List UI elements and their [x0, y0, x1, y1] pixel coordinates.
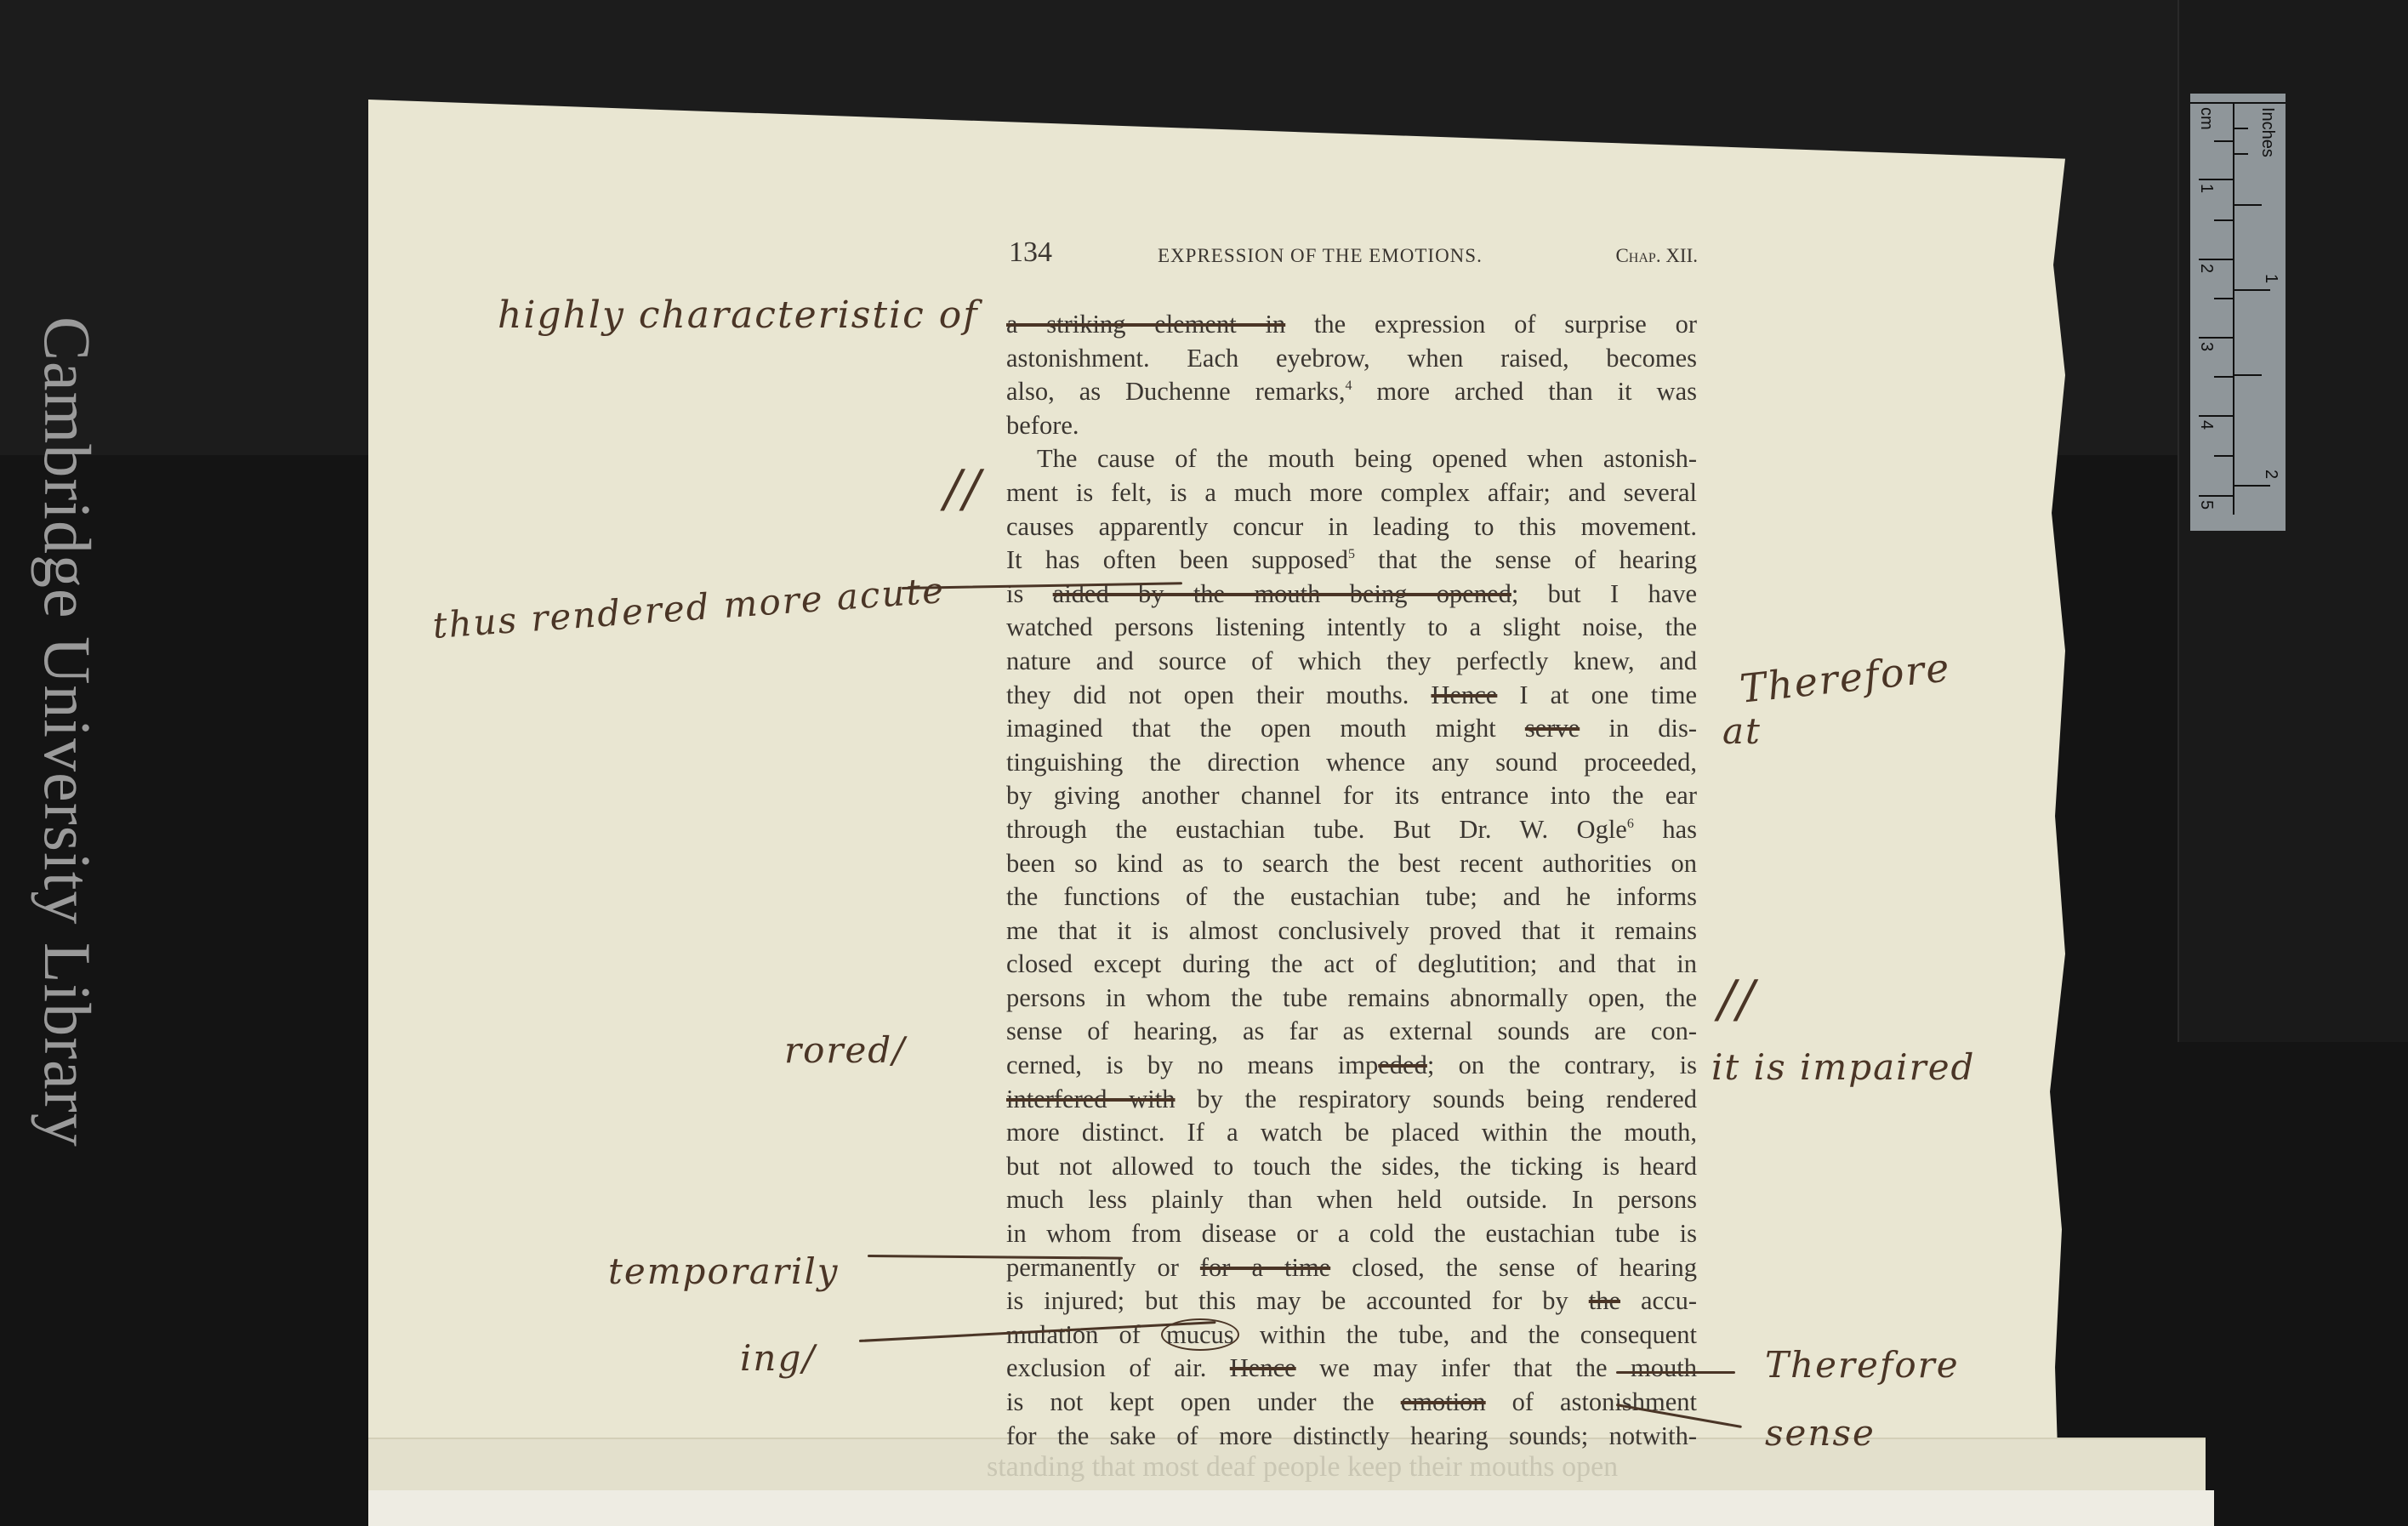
deleted-text: the	[1589, 1286, 1620, 1315]
ruler-inch-label: 2	[2261, 470, 2280, 479]
scale-ruler: cm Inches 1 2 3 4 5 1 2	[2190, 94, 2286, 531]
deleted-text: interfered with	[1006, 1085, 1176, 1113]
ruler-tick	[2214, 298, 2233, 299]
deleted-text: emotion	[1401, 1387, 1486, 1416]
line-text: been so kind as to search the best recen…	[1006, 849, 1697, 878]
running-title: EXPRESSION OF THE EMOTIONS.	[1158, 245, 1483, 267]
line-text: through the eustachian tube. But Dr. W. …	[1006, 815, 1627, 844]
line-text: for the sake of more distinctly hearing …	[1006, 1421, 1697, 1450]
text-line: causes apparently concur in leading to t…	[1006, 510, 1697, 544]
annotation-therefore: Therefore	[1765, 1344, 1960, 1386]
ruler-tick	[2233, 485, 2270, 487]
text-line: is aided by the mouth being opened; but …	[1006, 578, 1697, 612]
chapter-label: Chap. XII.	[1615, 245, 1698, 267]
text-line: before.	[1006, 409, 1697, 443]
text-line: a striking element in the expression of …	[1006, 308, 1697, 342]
text-line: exclusion of air. Hence we may infer tha…	[1006, 1352, 1697, 1386]
line-text: The cause of the mouth being opened when…	[1037, 444, 1697, 473]
ruler-tick	[2214, 219, 2233, 221]
line-text: also, as Duchenne remarks,	[1006, 377, 1345, 406]
line-text: but not allowed to touch the sides, the …	[1006, 1152, 1697, 1181]
line-text: is not kept open under the	[1006, 1387, 1401, 1416]
text-line: they did not open their mouths. Hence I …	[1006, 679, 1697, 713]
line-text: nature and source of which they perfectl…	[1006, 646, 1697, 675]
text-line: It has often been supposed5 that the sen…	[1006, 544, 1697, 578]
ruler-tick	[2199, 495, 2233, 497]
line-text: tinguishing the direction whence any sou…	[1006, 748, 1697, 777]
text-line: astonishment. Each eyebrow, when raised,…	[1006, 342, 1697, 376]
line-text: much less plainly than when held outside…	[1006, 1185, 1697, 1214]
line-text: by the respiratory sounds being rendered	[1176, 1085, 1697, 1113]
ruler-inch-unit: Inches	[2257, 107, 2277, 157]
line-text: by giving another channel for its entran…	[1006, 781, 1697, 810]
annotation-at: at	[1722, 710, 1762, 752]
text-line: by giving another channel for its entran…	[1006, 779, 1697, 813]
library-watermark: Cambridge University Library	[29, 316, 105, 1210]
text-line: watched persons listening intently to a …	[1006, 611, 1697, 645]
text-line: is not kept open under the emotion of as…	[1006, 1386, 1697, 1420]
line-text: closed except during the act of deglutit…	[1006, 949, 1697, 978]
line-text: more distinct. If a watch be placed with…	[1006, 1118, 1697, 1147]
line-text: cerned, is by no means imp	[1006, 1051, 1378, 1079]
deleted-text: for a time	[1200, 1253, 1330, 1282]
line-text: astonishment. Each eyebrow, when raised,…	[1006, 344, 1697, 373]
ruler-tick	[2199, 259, 2233, 260]
ruler-cm-unit: cm	[2196, 107, 2216, 130]
footnote-ref: 5	[1348, 547, 1355, 561]
text-line: in whom from disease or a cold the eusta…	[1006, 1217, 1697, 1251]
ruler-cm-label: 3	[2196, 342, 2216, 351]
ruler-cm-label: 2	[2196, 264, 2216, 273]
printed-body-text: a striking element in the expression of …	[1006, 308, 1697, 1453]
annotation-rored: rored/	[784, 1029, 906, 1071]
annotation-highly-characteristic: highly characteristic of	[498, 293, 979, 337]
ruler-tick	[2199, 337, 2233, 339]
text-line: persons in whom the tube remains abnorma…	[1006, 982, 1697, 1016]
text-line: also, as Duchenne remarks,4 more arched …	[1006, 375, 1697, 409]
text-line: more distinct. If a watch be placed with…	[1006, 1116, 1697, 1150]
line-text: within the tube, and the consequent	[1239, 1320, 1697, 1349]
ruler-cm-label: 4	[2196, 420, 2216, 430]
text-line: much less plainly than when held outside…	[1006, 1183, 1697, 1217]
ruler-tick	[2233, 153, 2248, 155]
line-text: is	[1006, 579, 1053, 608]
text-line: interfered with by the respiratory sound…	[1006, 1083, 1697, 1117]
deleted-text: a striking element in	[1006, 310, 1285, 339]
ruler-tick	[2214, 376, 2233, 378]
ruler-tick	[2190, 102, 2286, 104]
deleted-text: eded	[1378, 1051, 1427, 1079]
line-text: accu-	[1620, 1286, 1697, 1315]
text-line: The cause of the mouth being opened when…	[1006, 442, 1697, 476]
line-text: exclusion of air.	[1006, 1353, 1230, 1382]
text-line: for the sake of more distinctly hearing …	[1006, 1420, 1697, 1454]
ruler-tick	[2233, 204, 2262, 206]
line-text: causes apparently concur in leading to t…	[1006, 512, 1697, 541]
text-line: cerned, is by no means impeded; on the c…	[1006, 1049, 1697, 1083]
text-line: tinguishing the direction whence any sou…	[1006, 746, 1697, 780]
ruler-inch-label: 1	[2261, 274, 2280, 283]
text-line: but not allowed to touch the sides, the …	[1006, 1150, 1697, 1184]
line-text: ; on the contrary, is	[1427, 1051, 1697, 1079]
annotation-leader-line	[1616, 1371, 1735, 1374]
text-line: been so kind as to search the best recen…	[1006, 847, 1697, 881]
text-line: sense of hearing, as far as external sou…	[1006, 1015, 1697, 1049]
text-line: closed except during the act of deglutit…	[1006, 948, 1697, 982]
line-text: in whom from disease or a cold the eusta…	[1006, 1219, 1697, 1248]
deleted-text: serve	[1525, 714, 1580, 743]
line-text: It has often been supposed	[1006, 545, 1348, 574]
footnote-ref: 6	[1627, 817, 1634, 831]
line-text: before.	[1006, 411, 1079, 440]
line-text: has	[1634, 815, 1697, 844]
line-text: is injured; but this may be accounted fo…	[1006, 1286, 1589, 1315]
line-text: the expression of surprise or	[1285, 310, 1697, 339]
text-line: me that it is almost conclusively proved…	[1006, 914, 1697, 948]
annotation-temporarily: temporarily	[608, 1250, 840, 1292]
line-text: watched persons listening intently to a …	[1006, 612, 1697, 641]
line-text: I at one time	[1497, 680, 1697, 709]
ruler-tick	[2199, 179, 2233, 180]
text-line: mulation of mucus within the tube, and t…	[1006, 1318, 1697, 1352]
annotation-sense: sense	[1765, 1412, 1876, 1454]
ruler-tick	[2214, 455, 2233, 457]
text-line: imagined that the open mouth might serve…	[1006, 712, 1697, 746]
line-text: in dis-	[1580, 714, 1697, 743]
show-through-text: standing that most deaf people keep thei…	[987, 1451, 1618, 1483]
ruler-tick	[2233, 289, 2270, 291]
text-line: the functions of the eustachian tube; an…	[1006, 880, 1697, 914]
deleted-text: Hence	[1230, 1353, 1296, 1382]
ruler-cm-label: 1	[2196, 184, 2216, 193]
line-text: that the sense of hearing	[1355, 545, 1697, 574]
deleted-text: Hence	[1431, 680, 1497, 709]
line-text: ; but I have	[1511, 579, 1697, 608]
annotation-paragraph-mark: //	[944, 459, 982, 519]
text-line: ment is felt, is a much more complex aff…	[1006, 476, 1697, 510]
line-text: more arched than it was	[1352, 377, 1697, 406]
line-text: imagined that the open mouth might	[1006, 714, 1525, 743]
line-text: sense of hearing, as far as external sou…	[1006, 1016, 1697, 1045]
ruler-cm-label: 5	[2196, 500, 2216, 510]
line-text: closed, the sense of hearing	[1330, 1253, 1697, 1282]
underlying-page	[368, 1490, 2214, 1526]
annotation-it-is-impaired: it is impaired	[1711, 1046, 1975, 1088]
page-number: 134	[1009, 236, 1052, 269]
line-text: the functions of the eustachian tube; an…	[1006, 882, 1697, 911]
text-line: is injured; but this may be accounted fo…	[1006, 1284, 1697, 1318]
text-line: through the eustachian tube. But Dr. W. …	[1006, 813, 1697, 847]
line-text: persons in whom the tube remains abnorma…	[1006, 983, 1697, 1012]
line-text: ment is felt, is a much more complex aff…	[1006, 478, 1697, 507]
ruler-tick	[2233, 128, 2248, 129]
ruler-spine	[2233, 102, 2234, 515]
annotation-ing: ing/	[740, 1337, 817, 1379]
ruler-tick	[2233, 374, 2262, 376]
line-text: we may infer that the mouth	[1296, 1353, 1697, 1382]
text-line: nature and source of which they perfectl…	[1006, 645, 1697, 679]
line-text: they did not open their mouths.	[1006, 680, 1431, 709]
running-header: 134 EXPRESSION OF THE EMOTIONS. Chap. XI…	[1009, 236, 1698, 274]
ruler-tick	[2199, 415, 2233, 417]
line-text: me that it is almost conclusively proved…	[1006, 916, 1697, 945]
ruler-tick	[2214, 140, 2233, 142]
annotation-paragraph-mark: //	[1718, 970, 1756, 1029]
